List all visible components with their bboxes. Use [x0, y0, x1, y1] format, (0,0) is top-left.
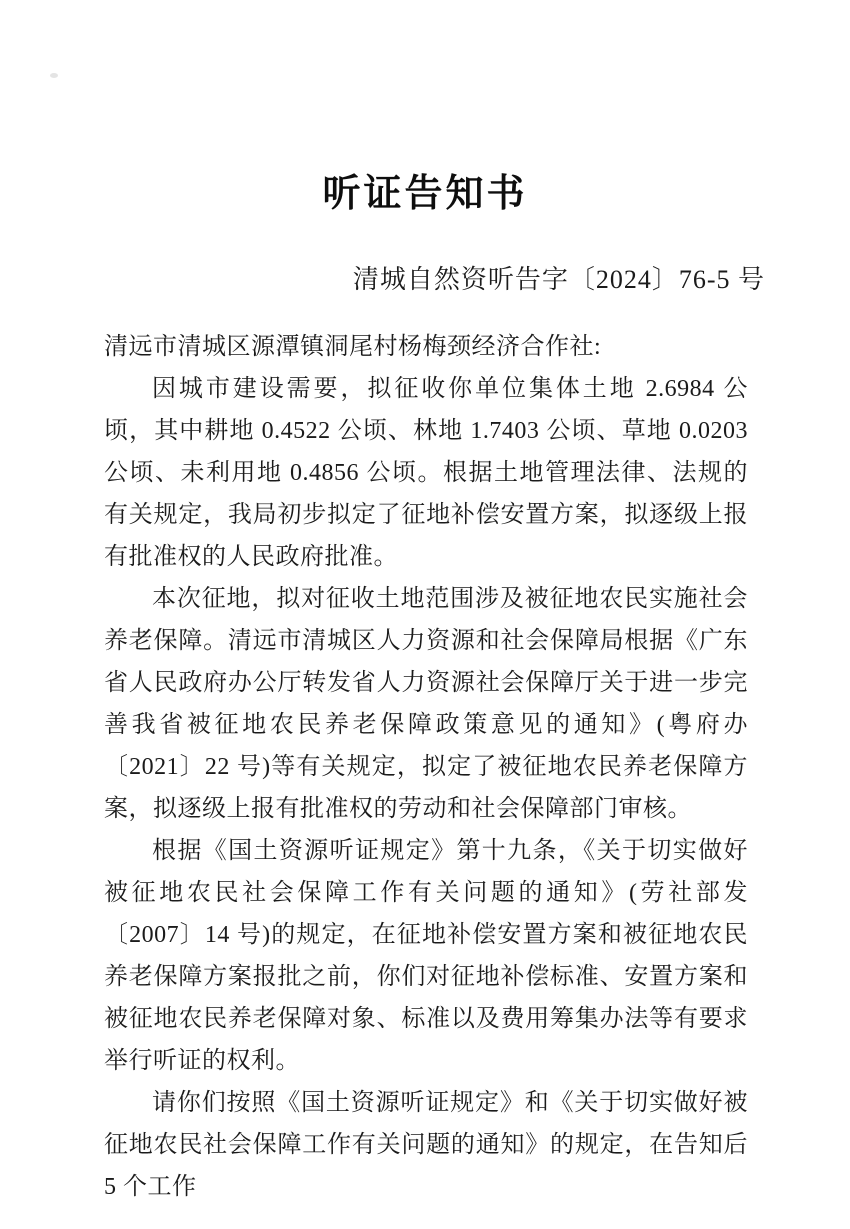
scan-speck-artifact [50, 73, 58, 78]
paragraph-hearing-instructions: 请你们按照《国土资源听证规定》和《关于切实做好被征地农民社会保障工作有关问题的通… [104, 1082, 748, 1208]
document-title: 听证告知书 [0, 172, 850, 216]
recipient-line: 清远市清城区源潭镇洞尾村杨梅颈经济合作社: [104, 326, 748, 368]
paragraph-hearing-rights: 根据《国土资源听证规定》第十九条，《关于切实做好被征地农民社会保障工作有关问题的… [104, 830, 748, 1082]
document-reference-number: 清城自然资听告字〔2024〕76-5 号 [353, 261, 765, 299]
paragraph-land-acquisition: 因城市建设需要，拟征收你单位集体土地 2.6984 公顷，其中耕地 0.4522… [104, 368, 748, 578]
scanned-document-page: 听证告知书 清城自然资听告字〔2024〕76-5 号 清远市清城区源潭镇洞尾村杨… [0, 0, 850, 1229]
document-body: 清远市清城区源潭镇洞尾村杨梅颈经济合作社: 因城市建设需要，拟征收你单位集体土地… [104, 326, 748, 1208]
paragraph-social-security-plan: 本次征地，拟对征收土地范围涉及被征地农民实施社会养老保障。清远市清城区人力资源和… [104, 578, 748, 830]
